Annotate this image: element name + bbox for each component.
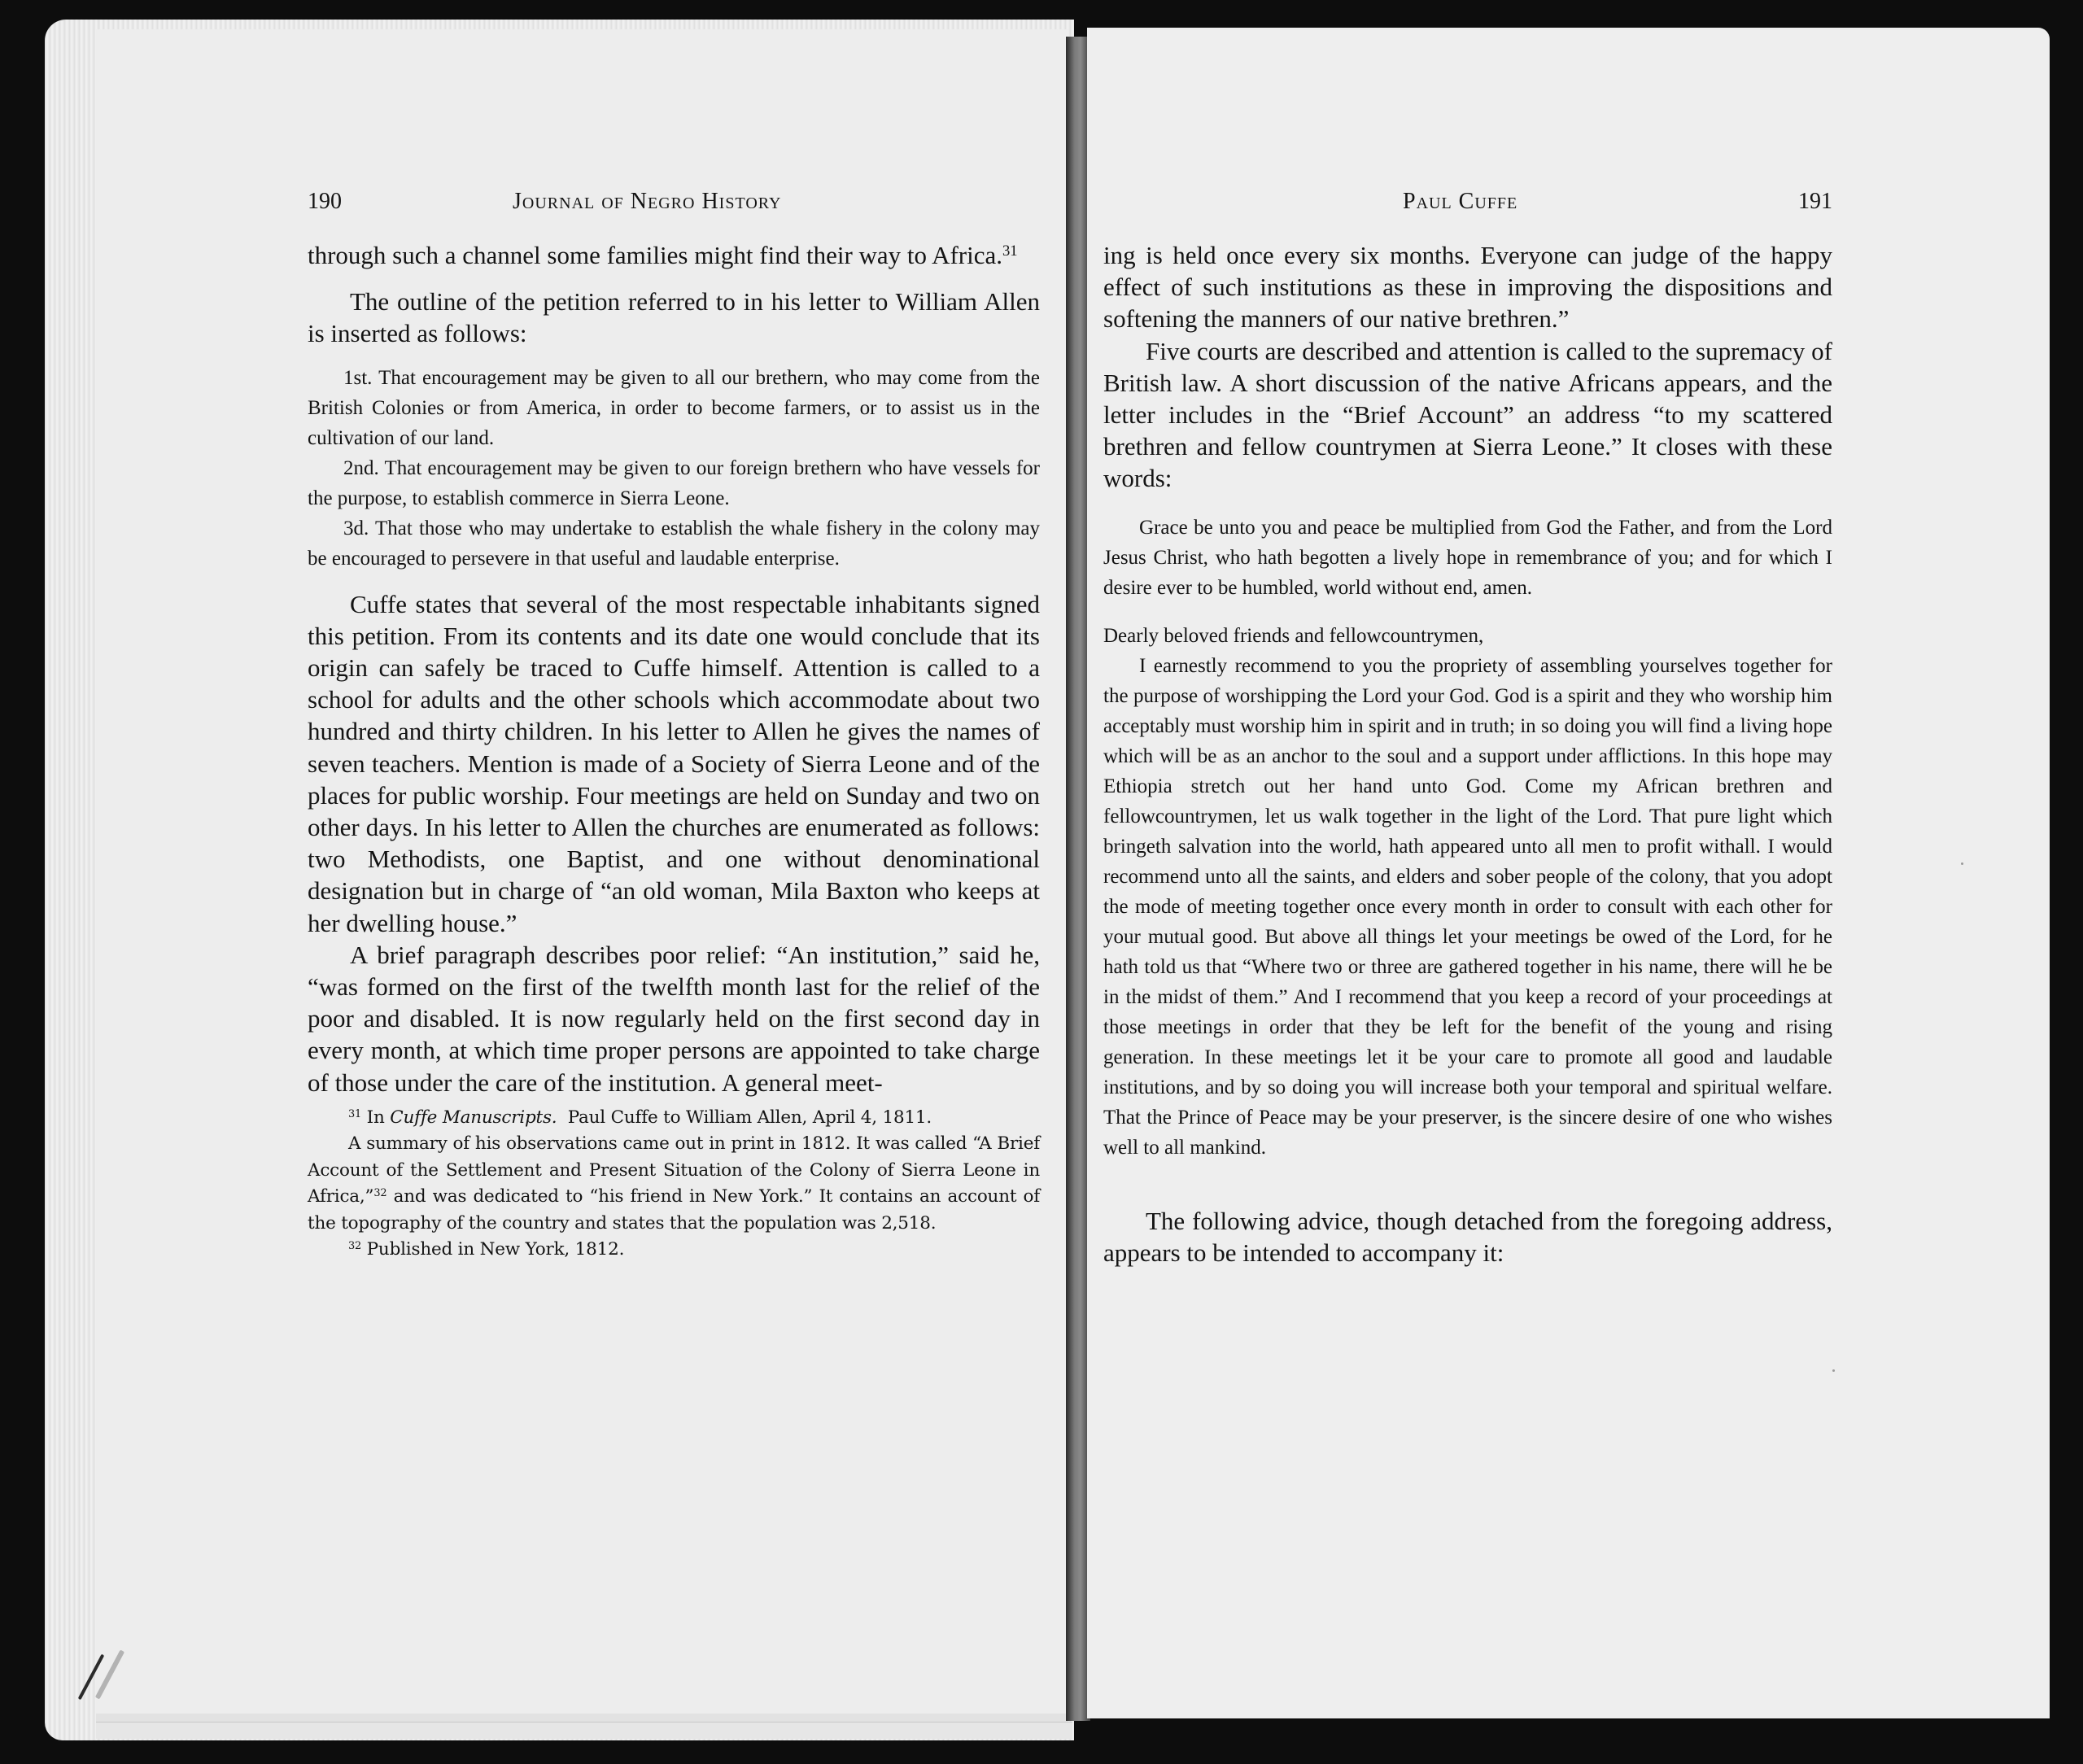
scan-speck (1832, 1369, 1835, 1372)
body-paragraph: A brief paragraph describes poor relief:… (308, 939, 1040, 1098)
benediction: Grace be unto you and peace be multiplie… (1103, 513, 1832, 603)
footnote-31: 31 In Cuffe Manuscripts. Paul Cuffe to W… (308, 1105, 1040, 1132)
petition-extract: 1st. That encouragement may be given to … (308, 363, 1040, 574)
article-title: Paul Cuffe (1103, 186, 1832, 218)
salutation: Dearly beloved friends and fellowcountry… (1103, 621, 1832, 651)
right-page-text: Paul Cuffe 191 ing is held once every si… (1103, 186, 1832, 1268)
page-number-right: 191 (1798, 186, 1832, 218)
petition-item: 3d. That those who may undertake to esta… (308, 513, 1040, 574)
footnote-italic-title: Cuffe Manuscripts. (390, 1107, 557, 1128)
footnotes: 31 In Cuffe Manuscripts. Paul Cuffe to W… (308, 1105, 1040, 1264)
footnote-ref-32[interactable]: 32 (373, 1187, 386, 1199)
footnote-text: Published in New York, 1812. (367, 1239, 625, 1260)
footnote-text: In (367, 1107, 385, 1128)
closing-paragraph: The following advice, though detached fr… (1103, 1205, 1832, 1268)
footnote-32: 32 Published in New York, 1812. (308, 1237, 1040, 1264)
body-paragraph: Five courts are described and attention … (1103, 335, 1832, 495)
opening-paragraph-text: through such a channel some families mig… (308, 241, 1002, 269)
footnote-number: 31 (348, 1108, 361, 1120)
left-running-head: 190 Journal of Negro History (308, 186, 1040, 218)
address-body: I earnestly recommend to you the proprie… (1103, 651, 1832, 1163)
petition-intro: The outline of the petition referred to … (308, 286, 1040, 349)
footnote-text: and was dedicated to “his friend in New … (308, 1186, 1040, 1233)
footnote-text: Paul Cuffe to William Allen, April 4, 18… (568, 1107, 932, 1128)
body-paragraph: ing is held once every six months. Every… (1103, 239, 1832, 335)
left-page-bottom-edge (96, 1722, 1072, 1739)
body-paragraph: Cuffe states that several of the most re… (308, 588, 1040, 939)
petition-item: 1st. That encouragement may be given to … (308, 363, 1040, 453)
right-running-head: Paul Cuffe 191 (1103, 186, 1832, 218)
petition-item: 2nd. That encouragement may be given to … (308, 453, 1040, 513)
journal-title: Journal of Negro History (332, 186, 1040, 218)
footnote-31-continued: A summary of his observations came out i… (308, 1131, 1040, 1237)
scan-speck (1961, 862, 1963, 865)
address-extract: Grace be unto you and peace be multiplie… (1103, 513, 1832, 1163)
opening-paragraph: through such a channel some families mig… (308, 239, 1040, 271)
footnote-ref-31[interactable]: 31 (1002, 242, 1018, 260)
footnote-number: 32 (348, 1240, 361, 1252)
left-page-text: 190 Journal of Negro History through suc… (308, 186, 1040, 1264)
